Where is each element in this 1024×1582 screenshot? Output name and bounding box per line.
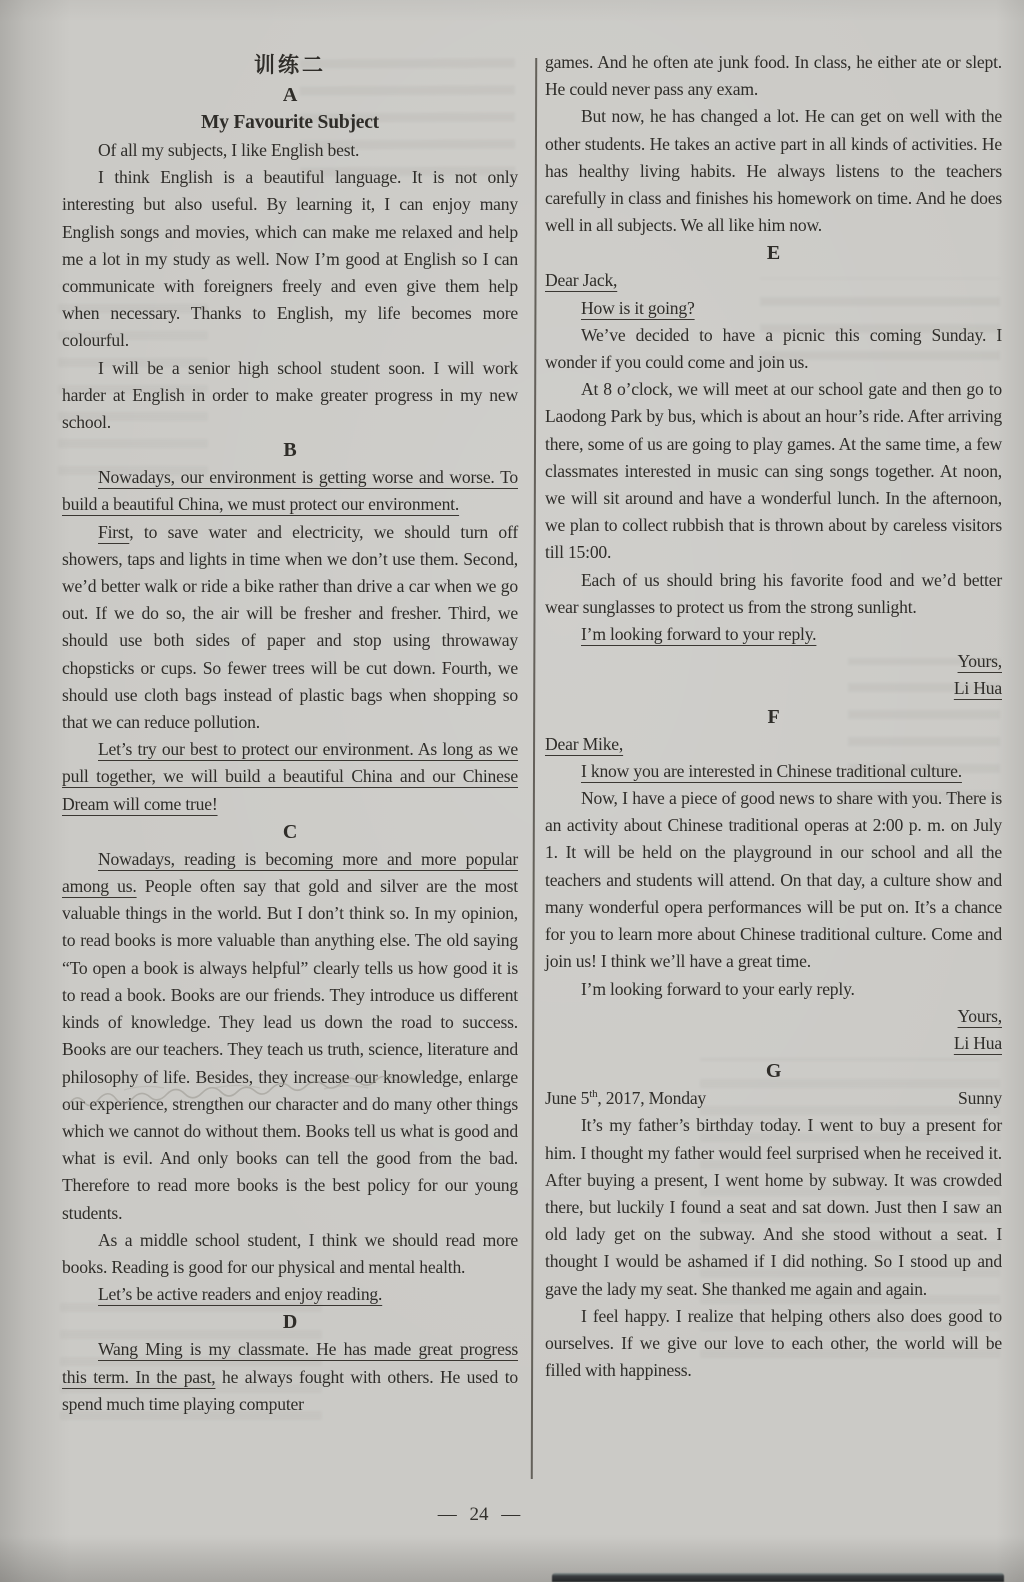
letter-e-paragraph-2: At 8 o’clock, we will meet at our school… bbox=[545, 376, 1002, 566]
letter-f-intro: I know you are interested in Chinese tra… bbox=[545, 758, 1002, 785]
right-column: games. And he often ate junk food. In cl… bbox=[545, 49, 1002, 1384]
letter-e-closing: Yours, bbox=[545, 648, 1002, 675]
training-title: 训练二 bbox=[62, 49, 518, 81]
page-number: — 24 — bbox=[0, 1501, 991, 1528]
essay-a-paragraph-2: I think English is a beautiful language.… bbox=[62, 164, 518, 354]
essay-d-paragraph-2: But now, he has changed a lot. He can ge… bbox=[545, 103, 1002, 239]
left-column: 训练二 A My Favourite Subject Of all my sub… bbox=[62, 49, 518, 1418]
essay-b-paragraph-3: Let’s try our best to protect our enviro… bbox=[62, 736, 518, 818]
section-g-letter: G bbox=[545, 1057, 1002, 1085]
letter-f-closing: Yours, bbox=[545, 1003, 1002, 1030]
essay-c-paragraph-2: As a middle school student, I think we s… bbox=[62, 1227, 518, 1281]
column-divider-rule bbox=[531, 58, 537, 1479]
letter-f-signature: Li Hua bbox=[545, 1030, 1002, 1057]
section-e-letter: E bbox=[545, 239, 1002, 267]
section-c-letter: C bbox=[62, 818, 518, 846]
scanned-workbook-page: 训练二 A My Favourite Subject Of all my sub… bbox=[0, 0, 1024, 1582]
diary-date: June 5th, 2017, Monday bbox=[545, 1085, 706, 1112]
essay-c-paragraph-1: Nowadays, reading is becoming more and m… bbox=[62, 846, 518, 1227]
section-a-letter: A bbox=[62, 81, 518, 109]
essay-c-paragraph-3: Let’s be active readers and enjoy readin… bbox=[62, 1281, 518, 1308]
diary-paragraph-1: It’s my father’s birthday today. I went … bbox=[545, 1112, 1002, 1302]
essay-a-title: My Favourite Subject bbox=[62, 109, 518, 137]
letter-e-reply-line: I’m looking forward to your reply. bbox=[545, 621, 1002, 648]
letter-e-signature: Li Hua bbox=[545, 675, 1002, 702]
letter-f-paragraph-1: Now, I have a piece of good news to shar… bbox=[545, 785, 1002, 975]
essay-d-paragraph-1-continuation: games. And he often ate junk food. In cl… bbox=[545, 49, 1002, 103]
essay-a-paragraph-1: Of all my subjects, I like English best. bbox=[62, 137, 518, 164]
section-d-letter: D bbox=[62, 1308, 518, 1336]
section-f-letter: F bbox=[545, 703, 1002, 731]
essay-b-paragraph-1: Nowadays, our environment is getting wor… bbox=[62, 464, 518, 518]
letter-f-reply-line: I’m looking forward to your early reply. bbox=[545, 976, 1002, 1003]
essay-a-paragraph-3: I will be a senior high school student s… bbox=[62, 355, 518, 437]
diary-paragraph-2: I feel happy. I realize that helping oth… bbox=[545, 1303, 1002, 1385]
letter-e-paragraph-3: Each of us should bring his favorite foo… bbox=[545, 567, 1002, 621]
letter-e-paragraph-1: We’ve decided to have a picnic this comi… bbox=[545, 322, 1002, 376]
diary-dateline: June 5th, 2017, Monday Sunny bbox=[545, 1085, 1002, 1112]
scan-edge-artifact bbox=[552, 1573, 1004, 1582]
section-b-letter: B bbox=[62, 436, 518, 464]
essay-d-paragraph-1: Wang Ming is my classmate. He has made g… bbox=[62, 1336, 518, 1418]
letter-f-salutation: Dear Mike, bbox=[545, 731, 1002, 758]
diary-weather: Sunny bbox=[958, 1085, 1002, 1112]
letter-e-salutation: Dear Jack, bbox=[545, 267, 1002, 294]
essay-b-paragraph-2: First, to save water and electricity, we… bbox=[62, 519, 518, 737]
letter-e-greeting: How is it going? bbox=[545, 295, 1002, 322]
